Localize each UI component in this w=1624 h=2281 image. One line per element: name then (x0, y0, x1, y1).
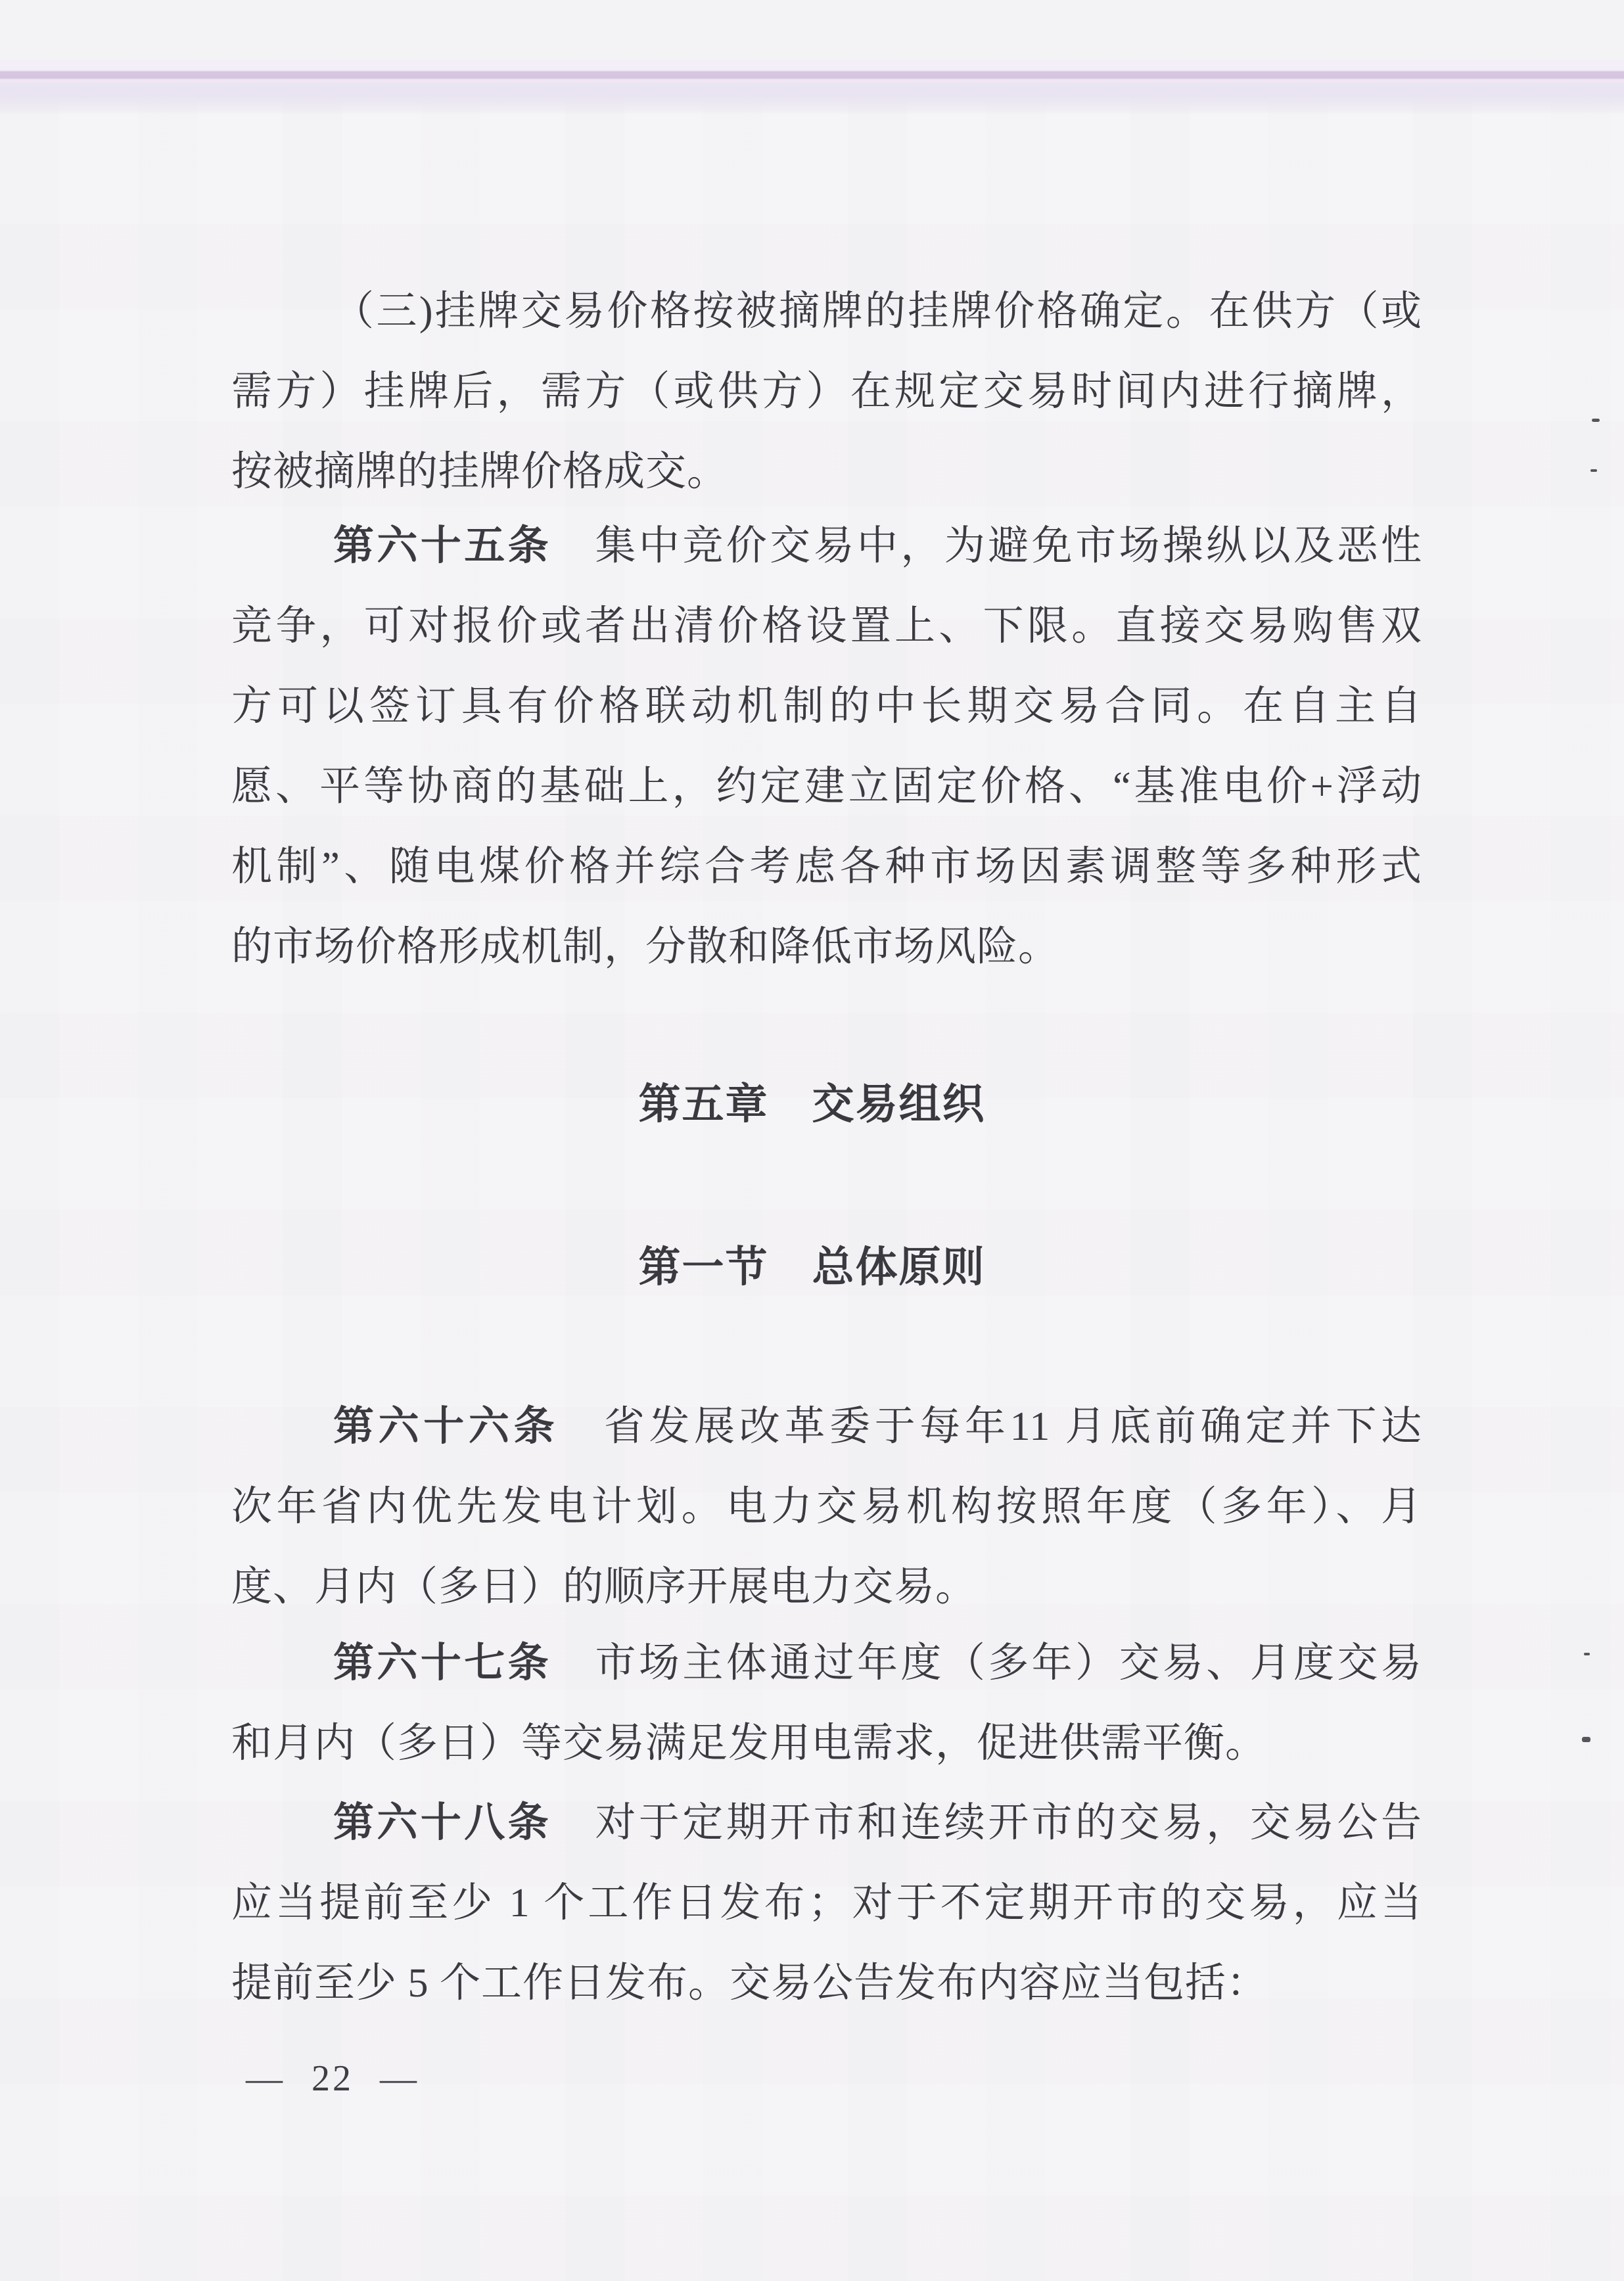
text-line: 的市场价格形成机制，分散和降低市场风险。 (231, 907, 1422, 987)
text-line: 机制”、随电煤价格并综合考虑各种市场因素调整等多种形式 (231, 827, 1422, 907)
text-run: 对于定期开市和连续开市的交易，交易公告 (551, 1801, 1422, 1845)
text-line: 提前至少 5 个工作日发布。交易公告发布内容应当包括： (231, 1943, 1422, 2023)
scan-speck (1590, 469, 1597, 472)
text-line: 方可以签订具有价格联动机制的中长期交易合同。在自主自 (231, 666, 1422, 747)
text-line: 第六十八条 对于定期开市和连续开市的交易，交易公告 (231, 1783, 1422, 1863)
article-65-paragraph: 第六十五条 集中竞价交易中，为避免市场操纵以及恶性 竞争，可对报价或者出清价格设… (231, 506, 1422, 987)
scan-speck (1592, 419, 1600, 422)
article-68-number: 第六十八条 (333, 1801, 551, 1845)
text-run: 市场主体通过年度（多年）交易、月度交易 (551, 1641, 1422, 1686)
article-65-number: 第六十五条 (333, 524, 551, 568)
scanned-document-page: （三)挂牌交易价格按被摘牌的挂牌价格确定。在供方（或 需方）挂牌后，需方（或供方… (0, 0, 1624, 2281)
text-line: 第六十六条 省发展改革委于每年11 月底前确定并下达 (231, 1387, 1422, 1467)
text-line: 竞争，可对报价或者出清价格设置上、下限。直接交易购售双 (231, 586, 1422, 666)
text-line: （三)挂牌交易价格按被摘牌的挂牌价格确定。在供方（或 (231, 271, 1422, 352)
text-line: 度、月内（多日）的顺序开展电力交易。 (231, 1547, 1422, 1627)
text-line: 按被摘牌的挂牌价格成交。 (231, 432, 1422, 512)
scan-speck (1584, 1653, 1590, 1655)
scan-speck (1582, 1737, 1590, 1742)
text-line: 应当提前至少 1 个工作日发布；对于不定期开市的交易，应当 (231, 1863, 1422, 1943)
article-66-number: 第六十六条 (333, 1404, 559, 1449)
article-67-paragraph: 第六十七条 市场主体通过年度（多年）交易、月度交易 和月内（多日）等交易满足发用… (231, 1623, 1422, 1784)
clause-3-paragraph: （三)挂牌交易价格按被摘牌的挂牌价格确定。在供方（或 需方）挂牌后，需方（或供方… (231, 271, 1422, 512)
scan-edge-band (0, 0, 1624, 115)
article-66-paragraph: 第六十六条 省发展改革委于每年11 月底前确定并下达 次年省内优先发电计划。电力… (231, 1387, 1422, 1627)
page-number: — 22 — (246, 2058, 419, 2099)
section-1-heading: 第一节 总体原则 (0, 1246, 1624, 1289)
text-line: 第六十七条 市场主体通过年度（多年）交易、月度交易 (231, 1623, 1422, 1703)
text-line: 和月内（多日）等交易满足发用电需求，促进供需平衡。 (231, 1703, 1422, 1784)
text-run: 集中竞价交易中，为避免市场操纵以及恶性 (551, 524, 1422, 568)
text-line: 需方）挂牌后，需方（或供方）在规定交易时间内进行摘牌， (231, 352, 1422, 432)
chapter-5-heading: 第五章 交易组织 (0, 1083, 1624, 1126)
article-67-number: 第六十七条 (333, 1641, 551, 1686)
text-line: 第六十五条 集中竞价交易中，为避免市场操纵以及恶性 (231, 506, 1422, 586)
text-line: 愿、平等协商的基础上，约定建立固定价格、“基准电价+浮动 (231, 747, 1422, 827)
article-68-paragraph: 第六十八条 对于定期开市和连续开市的交易，交易公告 应当提前至少 1 个工作日发… (231, 1783, 1422, 2023)
text-run: 省发展改革委于每年11 月底前确定并下达 (559, 1404, 1422, 1449)
text-line: 次年省内优先发电计划。电力交易机构按照年度（多年）、月 (231, 1467, 1422, 1547)
